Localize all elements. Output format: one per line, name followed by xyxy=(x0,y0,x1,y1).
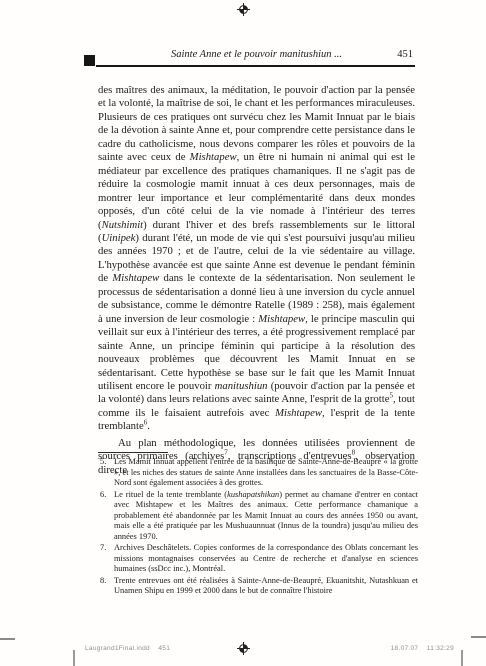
footnote-8: 8. Trente entrevues ont été réalisées à … xyxy=(100,576,418,597)
footnote-7: 7. Archives Deschâtelets. Copies conform… xyxy=(100,543,418,575)
footnote-separator-rule xyxy=(98,452,168,453)
footnote-text: Le rituel de la tente tremblante (kushap… xyxy=(114,490,418,543)
print-slug-filename: Laugrand1Final.indd 451 xyxy=(85,645,170,652)
print-bleed-square-mark xyxy=(84,55,95,66)
body-paragraph-1: des maîtres des animaux, la méditation, … xyxy=(98,84,415,434)
footnote-text: Archives Deschâtelets. Copies conformes … xyxy=(114,543,418,575)
page-header: Sainte Anne et le pouvoir manitushiun ..… xyxy=(98,49,415,63)
header-rule xyxy=(96,65,415,67)
scanned-book-page: Sainte Anne et le pouvoir manitushiun ..… xyxy=(0,0,486,666)
trim-bar-right xyxy=(461,650,463,666)
body-text-column: des maîtres des animaux, la méditation, … xyxy=(98,84,415,477)
registration-mark-icon xyxy=(237,3,250,16)
trim-bar-left xyxy=(73,650,75,666)
footnotes-block: 5. Les Mamit Innuat appellent l'entrée d… xyxy=(100,457,418,598)
footnote-number: 5. xyxy=(100,457,114,489)
page-number: 451 xyxy=(397,49,413,60)
footnote-5: 5. Les Mamit Innuat appellent l'entrée d… xyxy=(100,457,418,489)
running-head-title: Sainte Anne et le pouvoir manitushiun ..… xyxy=(98,49,415,60)
footnote-number: 6. xyxy=(100,490,114,543)
crop-mark-right xyxy=(471,636,486,638)
footnote-number: 8. xyxy=(100,576,114,597)
footnote-text: Trente entrevues ont été réalisées à Sai… xyxy=(114,576,418,597)
footnote-number: 7. xyxy=(100,543,114,575)
crop-mark-left xyxy=(0,638,15,640)
footnote-text: Les Mamit Innuat appellent l'entrée de l… xyxy=(114,457,418,489)
registration-mark-icon xyxy=(237,642,250,655)
footnote-6: 6. Le rituel de la tente tremblante (kus… xyxy=(100,490,418,543)
print-slug-timestamp: 18.07.07 11:32:29 xyxy=(391,645,454,652)
